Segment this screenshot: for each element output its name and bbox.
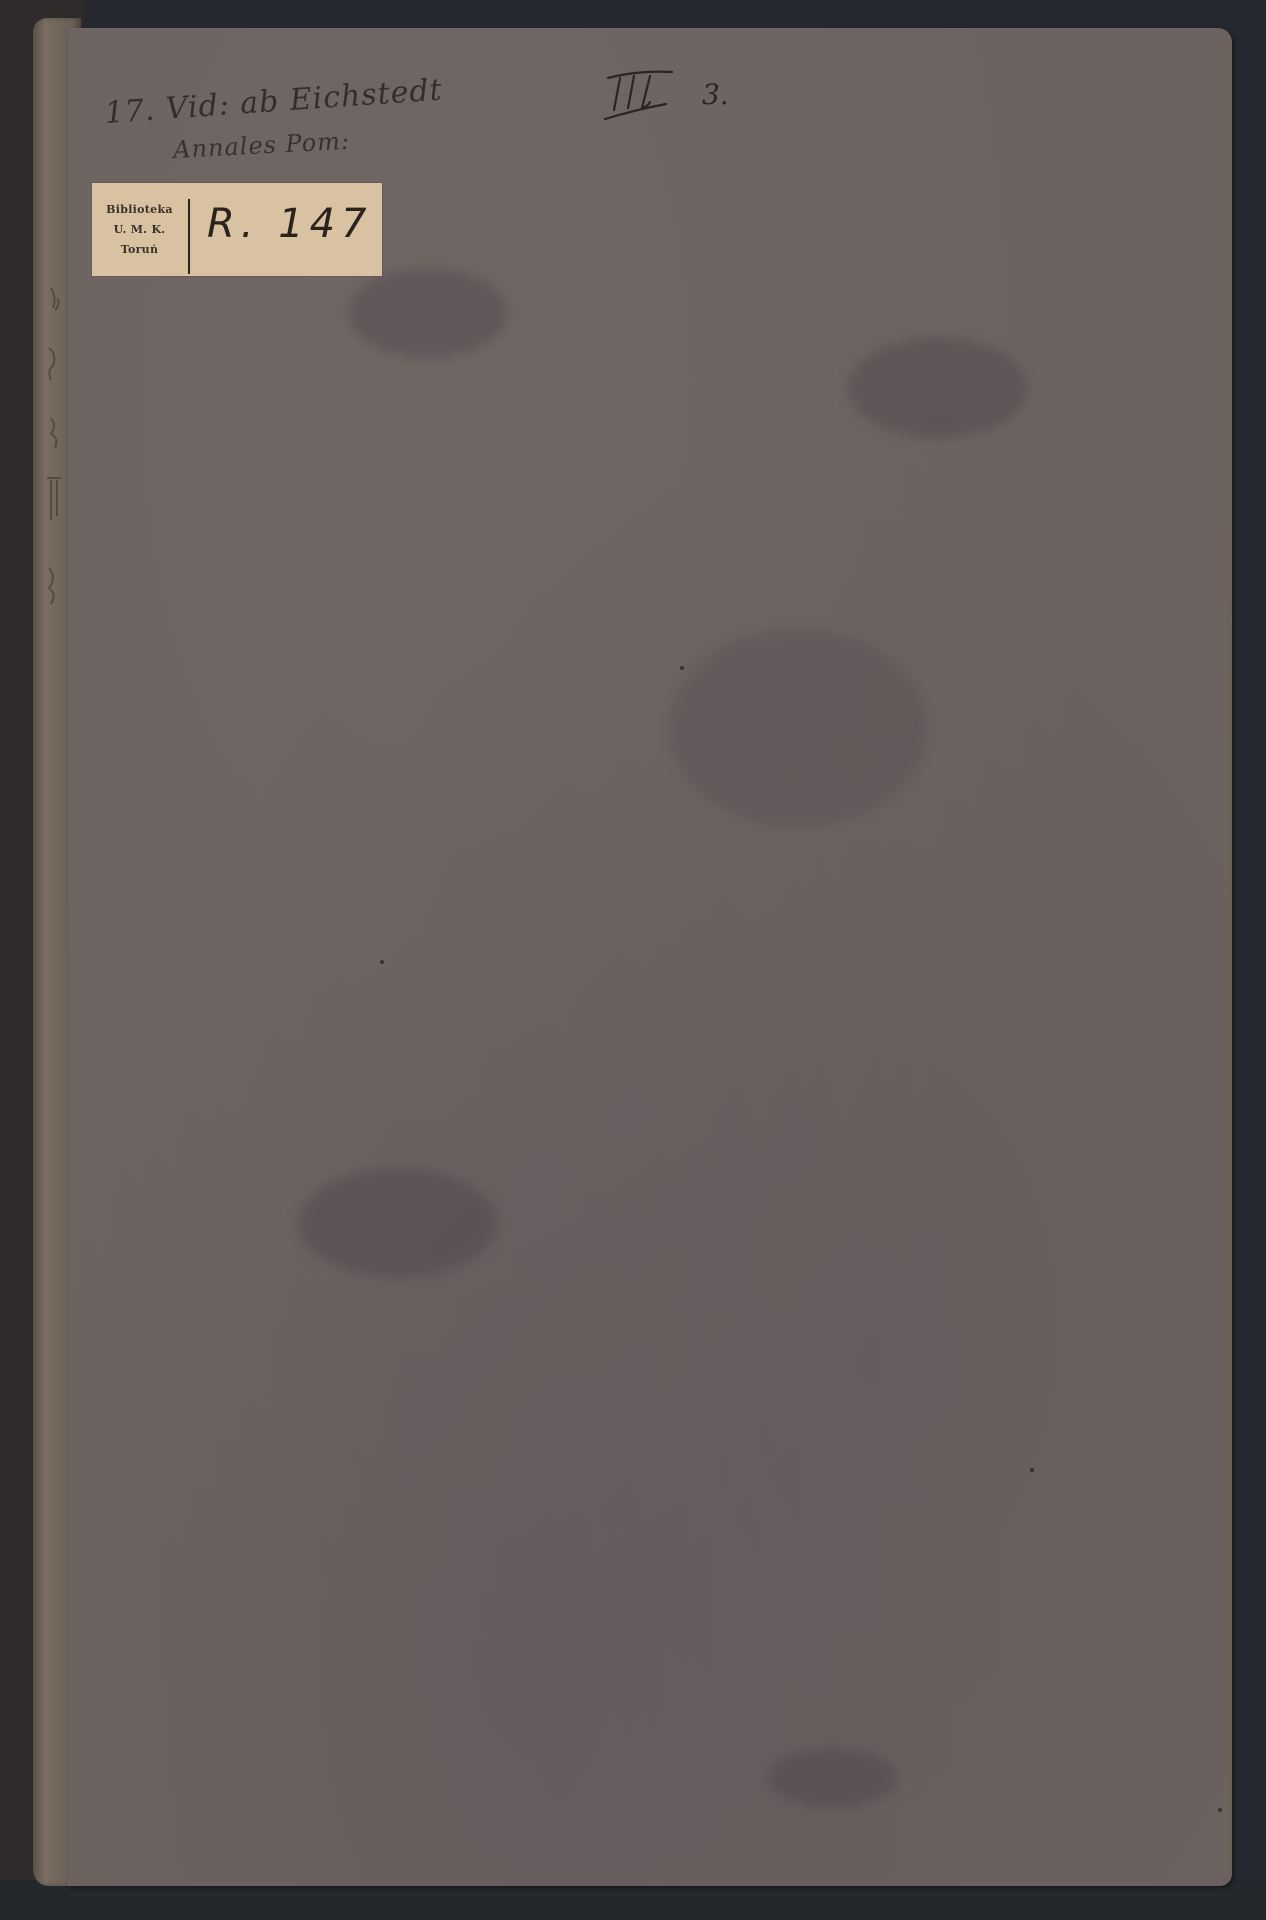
cover-stain bbox=[298, 1168, 498, 1278]
cover-speck bbox=[380, 960, 384, 964]
cover-speck bbox=[1218, 1808, 1222, 1812]
handwritten-roman-numeral: III bbox=[604, 66, 676, 122]
library-label-line2: U. M. K. bbox=[114, 220, 166, 240]
label-divider bbox=[188, 199, 190, 274]
cover-stain bbox=[768, 1748, 898, 1808]
cover-speck bbox=[680, 666, 684, 670]
library-label-line3: Toruń bbox=[121, 240, 159, 260]
call-number: R. 147 bbox=[207, 201, 373, 247]
cover-speck bbox=[1030, 1468, 1034, 1472]
cover-stain bbox=[668, 628, 928, 828]
library-label-line1: Biblioteka bbox=[106, 200, 173, 220]
book-cover bbox=[68, 28, 1232, 1886]
library-name-block: Biblioteka U. M. K. Toruń bbox=[92, 183, 187, 276]
handwritten-shelf-number: 3. bbox=[702, 78, 729, 111]
cover-stain bbox=[348, 268, 508, 358]
library-label: Biblioteka U. M. K. Toruń R. 147 bbox=[92, 183, 382, 276]
cover-stain bbox=[848, 338, 1028, 438]
background-bottom bbox=[0, 1880, 1266, 1920]
